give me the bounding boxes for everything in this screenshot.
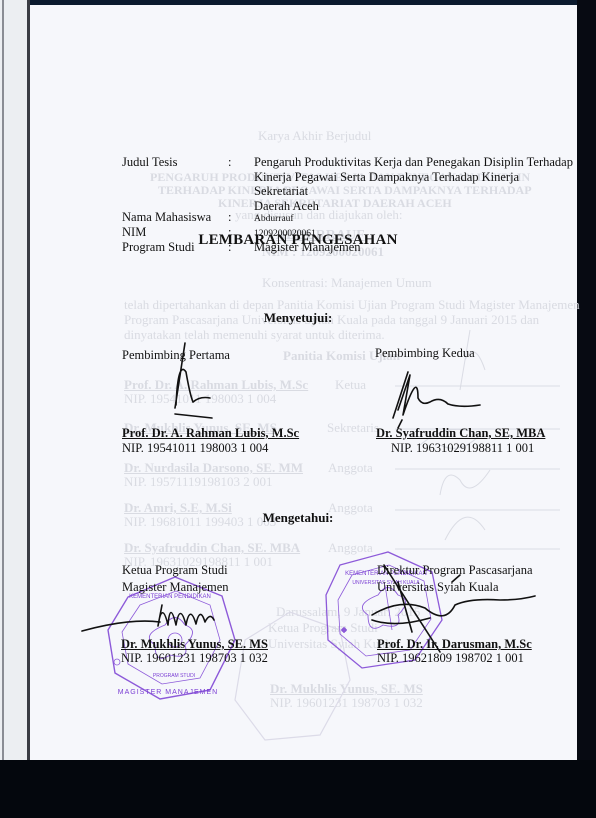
acknowledger-1-role: Magister Manajemen	[122, 580, 229, 595]
field-label: Judul Tesis	[122, 155, 228, 213]
field-colon: :	[228, 155, 254, 213]
supervisor-1-role: Pembimbing Pertama	[122, 348, 230, 363]
supervisor-1-name: Prof. Dr. A. Rahman Lubis, M.Sc	[122, 426, 299, 441]
scan-right-edge	[577, 0, 596, 818]
field-colon: :	[228, 240, 254, 255]
bleed-closing: Ketua Program Studi	[268, 620, 378, 636]
scan-binding-edge	[0, 0, 30, 760]
field-value: Pengaruh Produktivitas Kerja dan Penegak…	[254, 155, 574, 213]
bleed-committee-nip: NIP. 19571119198103 2 001	[124, 474, 273, 490]
acknowledge-heading: Mengetahui:	[0, 510, 596, 526]
bleed-committee-role: Anggota	[328, 540, 373, 556]
field-value: Magister Manajemen	[254, 240, 574, 255]
field-label: Program Studi	[122, 240, 228, 255]
acknowledger-1-name: Dr. Mukhlis Yunus, SE. MS	[121, 637, 268, 652]
scan-bottom-edge	[0, 760, 596, 818]
bleed-closing: Darussalam, 9 Januari 2015	[276, 604, 420, 620]
bleed-committee-role: Sekretaris	[327, 420, 379, 436]
acknowledger-2-role: Direktur Program Pascasarjana	[377, 563, 533, 578]
field-program: Program Studi : Magister Manajemen	[122, 240, 574, 255]
acknowledger-1-role: Ketua Program Studi	[122, 563, 228, 578]
bleed-paragraph: dinyatakan telah memenuhi syarat untuk d…	[124, 327, 385, 343]
bleed-subtitle: Karya Akhir Berjudul	[258, 128, 371, 144]
thesis-title-line: Kinerja Pegawai Serta Dampaknya Terhadap…	[254, 170, 574, 199]
bleed-committee-nip: NIP. 19541011 198003 1 004	[124, 391, 276, 407]
supervisor-2-nip: NIP. 19631029198811 1 001	[391, 441, 534, 456]
acknowledger-2-name: Prof. Dr. Ir. Darusman, M.Sc	[377, 637, 532, 652]
acknowledger-1-nip: NIP. 19601231 198703 1 032	[121, 651, 268, 666]
supervisor-2-role: Pembimbing Kedua	[375, 346, 475, 361]
bleed-closing: Universitas Syiah Kuala	[268, 636, 394, 652]
bleed-closing-nip: NIP. 19601231 198703 1 032	[270, 695, 423, 711]
supervisor-2-name: Dr. Syafruddin Chan, SE, MBA	[376, 426, 545, 441]
bleed-committee-role: Anggota	[328, 460, 373, 476]
approval-heading: Menyetujui:	[0, 310, 596, 326]
field-thesis-title: Judul Tesis : Pengaruh Produktivitas Ker…	[122, 155, 574, 213]
bleed-concentration: Konsentrasi: Manajemen Umum	[262, 275, 432, 291]
bleed-committee-role: Ketua	[335, 377, 366, 393]
supervisor-1-nip: NIP. 19541011 198003 1 004	[122, 441, 268, 456]
thesis-title-line: Pengaruh Produktivitas Kerja dan Penegak…	[254, 155, 574, 170]
acknowledger-2-nip: NIP. 19621809 198702 1 001	[377, 651, 524, 666]
acknowledger-2-role: Universitas Syiah Kuala	[377, 580, 499, 595]
